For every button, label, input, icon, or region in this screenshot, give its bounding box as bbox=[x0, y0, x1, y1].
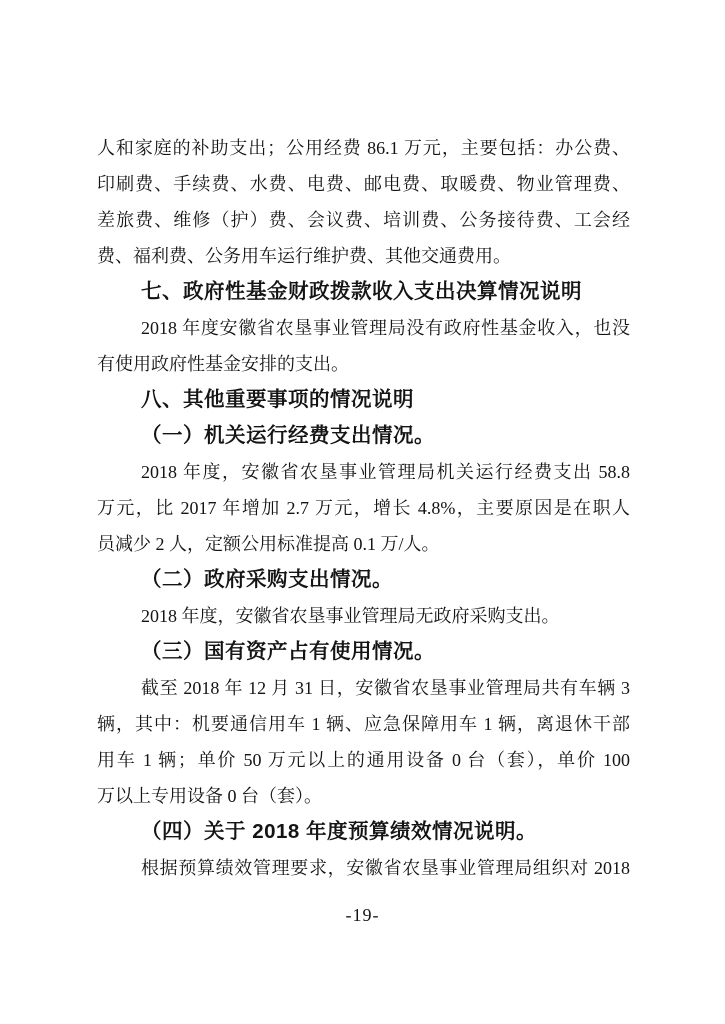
text-line: 2018 年度，安徽省农垦事业管理局无政府采购支出。 bbox=[97, 598, 630, 634]
document-page: 人和家庭的补助支出；公用经费 86.1 万元，主要包括：办公费、印刷费、手续费、… bbox=[0, 0, 725, 1024]
section-heading: 七、政府性基金财政拨款收入支出决算情况说明 bbox=[97, 274, 630, 310]
text-line: 有使用政府性基金安排的支出。 bbox=[97, 346, 630, 382]
text-line: 万以上专用设备 0 台（套）。 bbox=[97, 778, 630, 814]
text-line: 用车 1 辆；单价 50 万元以上的通用设备 0 台（套），单价 100 bbox=[97, 742, 630, 778]
section-heading: （二）政府采购支出情况。 bbox=[97, 562, 630, 598]
section-heading: （四）关于 2018 年度预算绩效情况说明。 bbox=[97, 814, 630, 850]
text-line: 辆，其中：机要通信用车 1 辆、应急保障用车 1 辆，离退休干部 bbox=[97, 706, 630, 742]
text-line: 印刷费、手续费、水费、电费、邮电费、取暖费、物业管理费、 bbox=[97, 166, 630, 202]
section-heading: （三）国有资产占有使用情况。 bbox=[97, 634, 630, 670]
text-line: 员减少 2 人，定额公用标准提高 0.1 万/人。 bbox=[97, 526, 630, 562]
text-line: 截至 2018 年 12 月 31 日，安徽省农垦事业管理局共有车辆 3 bbox=[97, 670, 630, 706]
section-heading: 八、其他重要事项的情况说明 bbox=[97, 382, 630, 418]
text-line: 费、福利费、公务用车运行维护费、其他交通费用。 bbox=[97, 238, 630, 274]
text-line: 万元，比 2017 年增加 2.7 万元，增长 4.8%，主要原因是在职人 bbox=[97, 490, 630, 526]
page-number: -19- bbox=[0, 897, 725, 933]
text-line: 2018 年度安徽省农垦事业管理局没有政府性基金收入，也没 bbox=[97, 310, 630, 346]
section-heading: （一）机关运行经费支出情况。 bbox=[97, 418, 630, 454]
text-line: 人和家庭的补助支出；公用经费 86.1 万元，主要包括：办公费、 bbox=[97, 130, 630, 166]
document-body: 人和家庭的补助支出；公用经费 86.1 万元，主要包括：办公费、印刷费、手续费、… bbox=[97, 130, 630, 886]
text-line: 根据预算绩效管理要求，安徽省农垦事业管理局组织对 2018 bbox=[97, 850, 630, 886]
text-line: 差旅费、维修（护）费、会议费、培训费、公务接待费、工会经 bbox=[97, 202, 630, 238]
text-line: 2018 年度，安徽省农垦事业管理局机关运行经费支出 58.8 bbox=[97, 454, 630, 490]
